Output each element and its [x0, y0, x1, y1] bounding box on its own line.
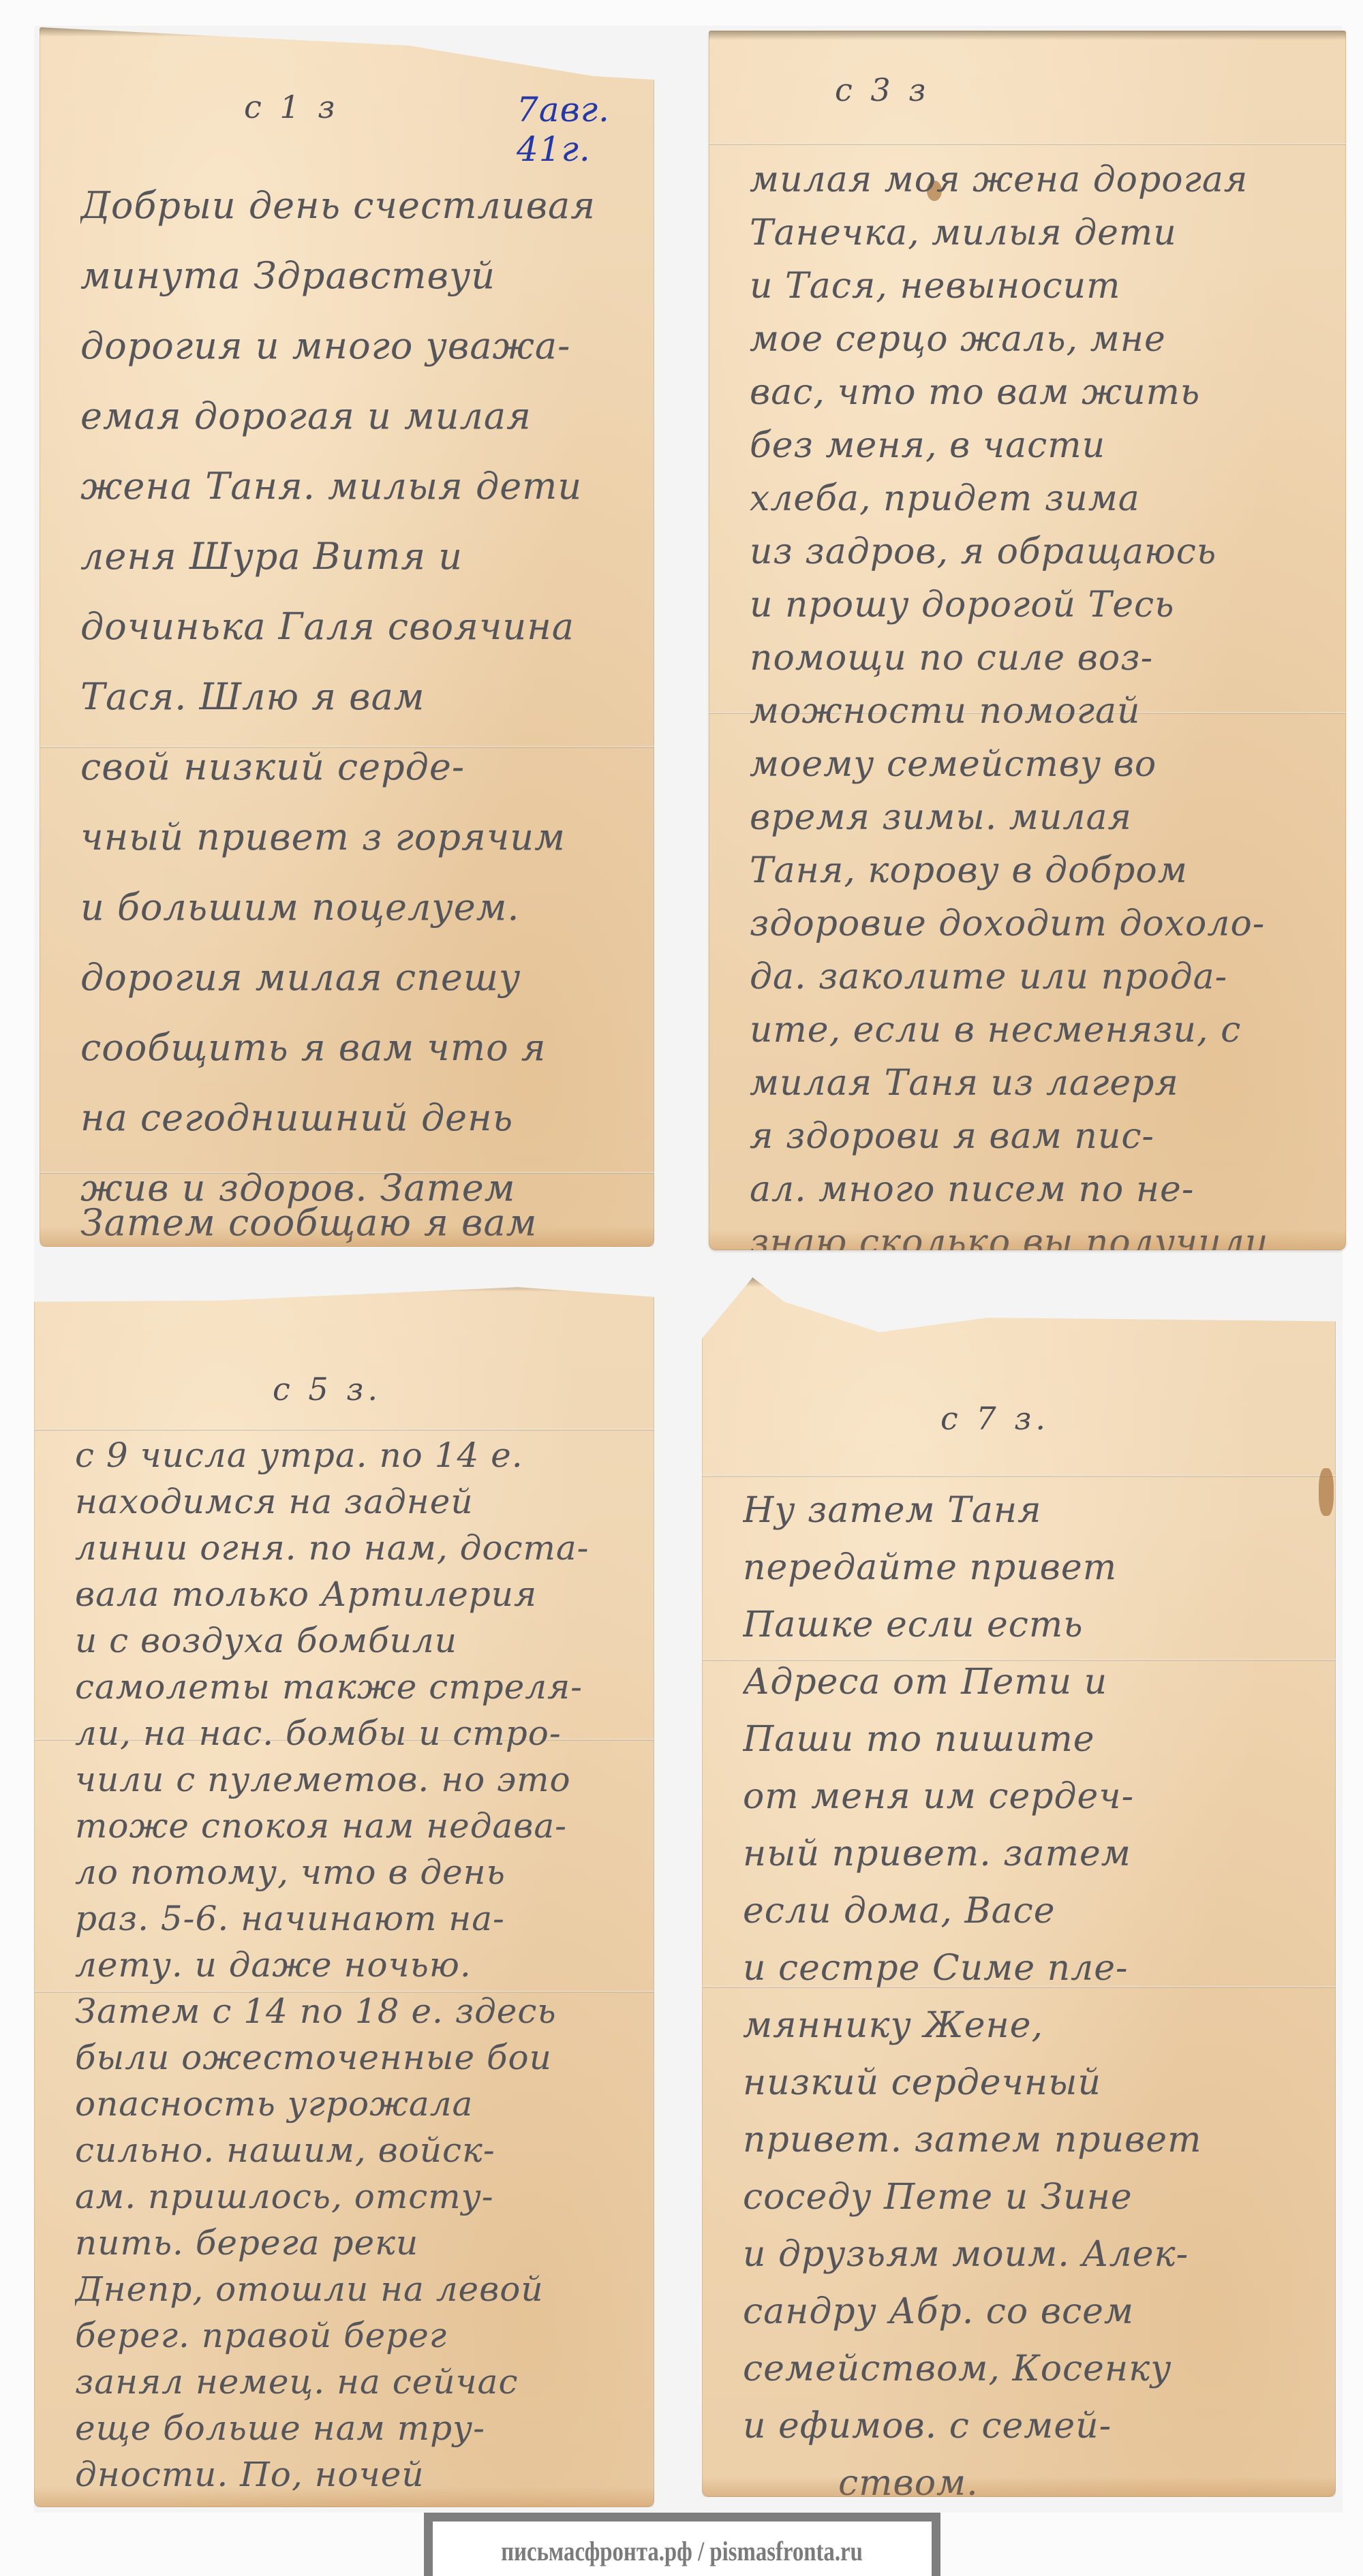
text-line: соседу Пете и Зине [743, 2169, 1315, 2226]
text-line: ли, на нас. бомбы и стро- [75, 1710, 634, 1756]
text-line: ал. много писем по не- [750, 1163, 1326, 1216]
text-line: вала только Артилерия [75, 1571, 634, 1617]
letter-page-3: с 5 з. с 9 числа утра. по 14 е. находимс… [34, 1282, 654, 2507]
handwritten-text: с 9 числа утра. по 14 е. находимся на за… [75, 1432, 634, 2498]
text-line: Пашке если есть [743, 1596, 1315, 1654]
text-line: Тася. Шлю я вам [80, 662, 634, 732]
date-annotation: 7авг. 41г. [517, 90, 654, 169]
text-line: Танечка, милыя дети [750, 206, 1326, 260]
text-line: пить. берега реки [75, 2220, 634, 2266]
text-line: дорогия и много уважа- [80, 311, 634, 381]
text-line: если дома, Васе [743, 1882, 1315, 1940]
text-line: с 9 числа утра. по 14 е. [75, 1432, 634, 1478]
text-line: хлеба, придет зима [750, 472, 1326, 525]
text-line: жена Таня. милыя дети [80, 451, 634, 521]
text-line: привет. затем привет [743, 2111, 1315, 2169]
text-line: чный привет з горячим [80, 802, 634, 872]
text-line: знаю сколько вы получили [750, 1216, 1326, 1250]
text-line: и ефимов. с семей- [743, 2397, 1315, 2455]
text-line: лету. и даже ночью. [75, 1942, 634, 1988]
fold-crease [709, 143, 1346, 145]
text-line: здоровие доходит дохоло- [750, 897, 1326, 950]
watermark-box: письмасфронта.рф / pismasfronta.ru [424, 2513, 940, 2576]
text-line: без меня, в части [750, 419, 1326, 472]
text-line: дорогия милая спешу [80, 942, 634, 1012]
text-line: ам. пришлось, отсту- [75, 2173, 634, 2220]
text-line: и прошу дорогой Тесь [750, 578, 1326, 632]
page-number: с 5 з. [273, 1371, 382, 1408]
text-line: моему семейству во [750, 738, 1326, 791]
text-line: милая Таня из лагеря [750, 1057, 1326, 1110]
text-line: и большим поцелуем. [80, 872, 634, 942]
text-line: линии огня. по нам, доста- [75, 1525, 634, 1571]
handwritten-text: милая моя жена дорогая Танечка, милыя де… [750, 153, 1326, 1250]
text-line: чили с пулеметов. но это [75, 1756, 634, 1803]
text-line: и с воздуха бомбили [75, 1617, 634, 1664]
text-line: Затем с 14 по 18 е. здесь [75, 1988, 634, 2034]
text-line: леня Шура Витя и [80, 521, 634, 591]
text-line: да. заколите или прода- [750, 950, 1326, 1004]
text-line: сандру Абр. со всем [743, 2283, 1315, 2340]
text-line: минута Здравствуй [80, 240, 634, 311]
text-line: Ну затем Таня [743, 1482, 1315, 1539]
text-line: мое серцо жаль, мне [750, 313, 1326, 366]
text-line: из задров, я обращаюсь [750, 525, 1326, 578]
text-line: ите, если в несменязи, с [750, 1004, 1326, 1057]
text-line: и Тася, невыносит [750, 260, 1326, 313]
text-line: передайте привет [743, 1539, 1315, 1596]
text-line: Днепр, отошли на левой [75, 2266, 634, 2312]
page-number: с 3 з [835, 72, 930, 108]
text-line: были ожесточенные бои [75, 2034, 634, 2081]
letter-page-2: с 3 з милая моя жена дорогая Танечка, ми… [709, 31, 1346, 1250]
text-line: и сестре Симе пле- [743, 1940, 1315, 1997]
text-line: Таня, корову в добром [750, 844, 1326, 897]
page-number: с 7 з. [940, 1400, 1050, 1437]
text-line: и друзьям моим. Алек- [743, 2226, 1315, 2283]
page-number: с 1 з [244, 89, 339, 125]
handwritten-text-last: Затем сообщаю я вам [80, 1192, 634, 1247]
handwritten-text: Ну затем Таня передайте привет Пашке есл… [743, 1482, 1315, 2497]
text-line: ством. [743, 2455, 1315, 2497]
text-line: свой низкий серде- [80, 732, 634, 802]
letter-page-1: с 1 з 7авг. 41г. Добрыи день счестливая … [40, 27, 654, 1247]
text-line: можности помогай [750, 685, 1326, 738]
text-line: дочинька Галя своячина [80, 591, 634, 662]
text-line: низкий сердечный [743, 2054, 1315, 2111]
fold-crease [702, 1475, 1336, 1477]
text-line: на сегоднишний день [80, 1083, 634, 1153]
text-line: Паши то пишите [743, 1711, 1315, 1768]
text-line: мяннику Жене, [743, 1997, 1315, 2054]
text-line: самолеты также стреля- [75, 1664, 634, 1710]
text-line: Добрыи день счестливая [80, 170, 634, 240]
text-line: Затем сообщаю я вам [80, 1192, 634, 1247]
text-line: я здорови я вам пис- [750, 1110, 1326, 1163]
text-line: и вам желаю всего [80, 1223, 634, 1247]
text-line: тоже спокоя нам недава- [75, 1803, 634, 1849]
text-line: опасность угрожала [75, 2081, 634, 2127]
text-line: Адреса от Пети и [743, 1654, 1315, 1711]
handwritten-text: Добрыи день счестливая минута Здравствуй… [80, 170, 634, 1247]
text-line: сообщить я вам что я [80, 1012, 634, 1083]
text-line: ный привет. затем [743, 1825, 1315, 1882]
fold-crease [34, 1429, 654, 1431]
letter-page-4: с 7 з. Ну затем Таня передайте привет Па… [702, 1277, 1336, 2497]
text-line: берег. правой берег [75, 2312, 634, 2359]
text-line: емая дорогая и милая [80, 381, 634, 451]
text-line: сильно. нашим, войск- [75, 2127, 634, 2173]
text-line: от меня им сердеч- [743, 1768, 1315, 1825]
text-line: ло потому, что в день [75, 1849, 634, 1895]
text-line: занял немец. на сейчас [75, 2359, 634, 2405]
text-line: раз. 5-6. начинают на- [75, 1895, 634, 1942]
text-line: находимся на задней [75, 1478, 634, 1525]
text-line: время зимы. милая [750, 791, 1326, 844]
text-line: вас, что то вам жить [750, 366, 1326, 419]
text-line: дности. По, ночей [75, 2451, 634, 2498]
text-line: семейством, Косенку [743, 2340, 1315, 2397]
text-line: милая моя жена дорогая [750, 153, 1326, 206]
text-line: еще больше нам тру- [75, 2405, 634, 2451]
stain-mark [1319, 1468, 1334, 1516]
watermark-text: письмасфронта.рф / pismasfronta.ru [502, 2535, 863, 2567]
text-line: помощи по силе воз- [750, 632, 1326, 685]
